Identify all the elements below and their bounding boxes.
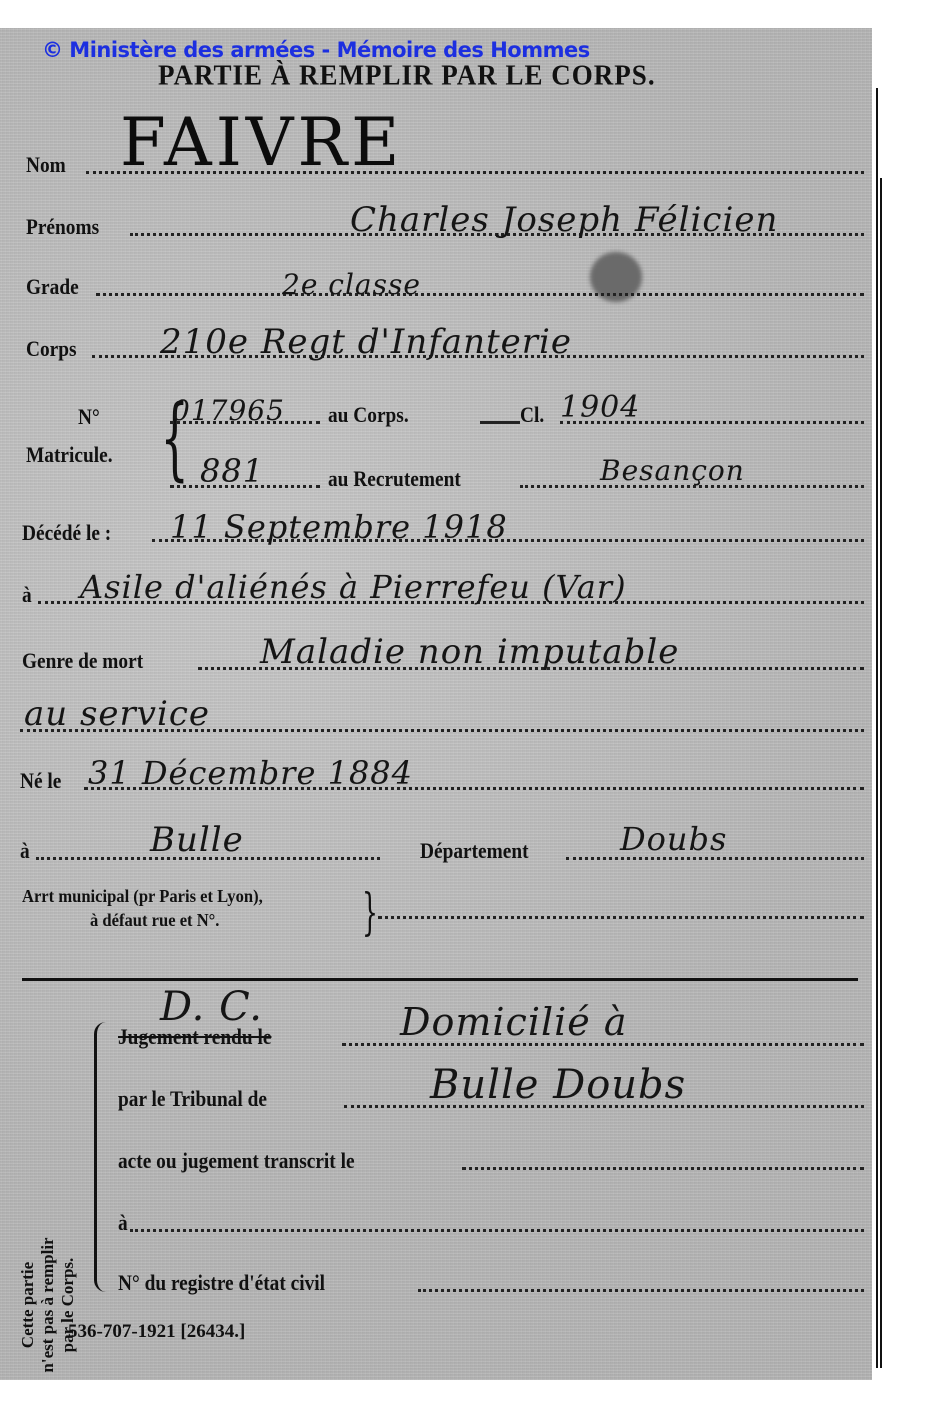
registre-label: N° du registre d'état civil [118, 1270, 325, 1296]
classe-label: Cl. [520, 402, 544, 428]
au-corps-label: au Corps. [328, 402, 409, 428]
tribunal-value: Bulle Doubs [430, 1062, 686, 1108]
ne-le-value: 31 Décembre 1884 [88, 754, 413, 792]
genre-mort-value-line2: au service [24, 694, 210, 734]
classe-value: 1904 [560, 390, 640, 425]
naissance-lieu-label: à [20, 838, 30, 864]
arrondissement-brace: } [362, 884, 378, 940]
ne-le-label: Né le [20, 768, 61, 794]
registre-dotted-line [418, 1289, 864, 1292]
corps-value: 210e Regt d'Infanterie [160, 322, 572, 362]
jugement-label: Jugement rendu le [118, 1024, 271, 1050]
civil-lieu-dotted-line [130, 1229, 864, 1232]
deces-lieu-value: Asile d'aliénés à Pierrefeu (Var) [80, 568, 627, 606]
prenoms-label: Prénoms [26, 214, 99, 240]
section-separator [22, 978, 858, 981]
naissance-lieu-value: Bulle [150, 820, 244, 860]
card-border-right [876, 88, 878, 1368]
field-matricule-recrutement: au Recrutement [170, 464, 864, 494]
departement-label: Département [420, 838, 529, 864]
grade-label: Grade [26, 274, 79, 300]
prenoms-value: Charles Joseph Félicien [350, 200, 778, 240]
recrutement-place-value: Besançon [600, 454, 745, 487]
genre-mort-value: Maladie non imputable [260, 632, 679, 672]
transcrit-label: acte ou jugement transcrit le [118, 1148, 355, 1174]
matricule-corps-value: 017965 [172, 394, 285, 427]
arrondissement-dotted-line [378, 916, 864, 919]
side-note-line1: Cette partie [18, 1235, 38, 1375]
jugement-value: Domicilié à [400, 1000, 628, 1044]
au-corps-dash [480, 421, 520, 424]
field-registre: N° du registre d'état civil [118, 1268, 864, 1298]
field-transcrit: acte ou jugement transcrit le [118, 1146, 864, 1176]
field-grade: Grade [26, 272, 864, 302]
recrutement-value: 881 [200, 452, 264, 490]
grade-value: 2e classe [282, 268, 421, 301]
deces-lieu-label: à [22, 582, 32, 608]
form-print-reference: 536-707-1921 [26434.] [68, 1321, 245, 1343]
grade-dotted-line [96, 293, 864, 296]
corps-label: Corps [26, 336, 77, 362]
tribunal-label: par le Tribunal de [118, 1086, 267, 1112]
civil-lieu-label: à [118, 1210, 128, 1236]
decede-le-value: 11 Septembre 1918 [170, 508, 508, 546]
decede-le-label: Décédé le : [22, 520, 111, 546]
departement-value: Doubs [620, 820, 727, 858]
side-note-line2: n'est pas à remplir [38, 1235, 58, 1375]
form-header: PARTIE À REMPLIR PAR LE CORPS. [158, 59, 656, 92]
nom-label: Nom [26, 152, 66, 178]
card-border-right-inner [880, 178, 882, 1368]
side-note-line3: par le Corps. [58, 1235, 78, 1375]
field-civil-lieu: à [118, 1208, 864, 1238]
au-recrutement-label: au Recrutement [328, 466, 461, 492]
genre-mort-label: Genre de mort [22, 648, 143, 674]
nom-value: FAIVRE [120, 104, 403, 181]
transcrit-dotted-line [462, 1167, 864, 1170]
civil-section-brace [94, 1022, 107, 1292]
